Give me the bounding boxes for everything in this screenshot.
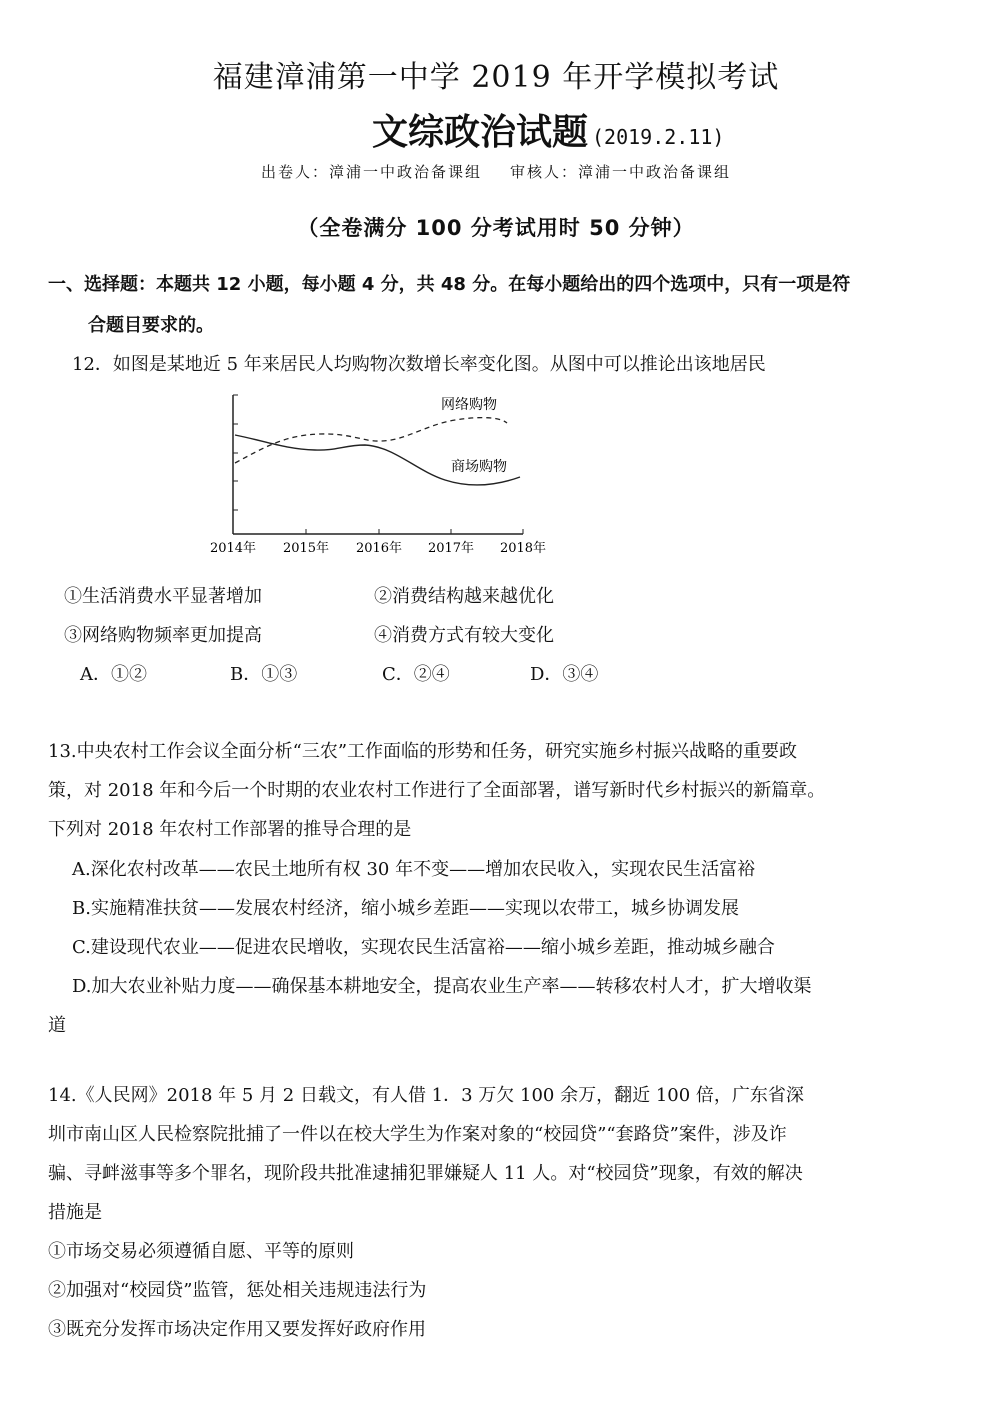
q14-stem-line2: 圳市南山区人民检察院批捕了一件以在校大学生为作案对象的“校园贷”“套路贷”案件，… [48,1120,787,1146]
q13-stem-line3: 下列对 2018 年农村工作部署的推导合理的是 [48,815,411,841]
x-tick-label: 2016年 [356,540,402,556]
section-instruction: 一、选择题：本题共 12 小题，每小题 4 分，共 48 分。在每小题给出的四个… [48,270,850,296]
q14-item-3: ③既充分发挥市场决定作用又要发挥好政府作用 [48,1315,426,1341]
q14-item-2: ②加强对“校园贷”监管，惩处相关违规违法行为 [48,1276,426,1302]
q14-stem-line3: 骗、寻衅滋事等多个罪名，现阶段共批准逮捕犯罪嫌疑人 11 人。对“校园贷”现象，… [48,1159,803,1185]
online-shopping-line [235,418,507,463]
x-tick-label: 2015年 [283,540,329,556]
x-tick-label: 2014年 [210,540,256,556]
school-exam-title: 福建漳浦第一中学 2019 年开学模拟考试 [0,52,992,96]
q12-stem: 12．如图是某地近 5 年来居民人均购物次数增长率变化图。从图中可以推论出该地居… [72,350,766,376]
q13-stem-line2: 策，对 2018 年和今后一个时期的农业农村工作进行了全面部署，谱写新时代乡村振… [48,776,825,802]
line-chart: 网络购物 商场购物 2014年 2015年 2016年 2017年 2018年 [205,385,555,564]
exam-date: (2019.2.11) [592,125,724,149]
q14-item-1: ①市场交易必须遵循自愿、平等的原则 [48,1237,354,1263]
q12-item-3: ③网络购物频率更加提高 [64,621,262,647]
exam-note: （全卷满分 100 分考试用时 50 分钟） [0,212,992,242]
q13-option-b: B.实施精准扶贫——发展农村经济，缩小城乡差距——实现以农带工，城乡协调发展 [72,894,739,920]
q14-stem-line4: 措施是 [48,1198,102,1224]
q13-stem-line1: 13.中央农村工作会议全面分析“三农”工作面临的形势和任务，研究实施乡村振兴战略… [48,737,797,763]
q12-option-d: D．③④ [530,660,598,686]
x-tick-label: 2018年 [500,540,546,556]
reviewer: 审核人：漳浦一中政治备课组 [510,163,731,181]
q13-option-d: D.加大农业补贴力度——确保基本耕地安全，提高农业生产率——转移农村人才，扩大增… [72,972,812,998]
exam-subject-title: 文综政治试题(2019.2.11) [372,104,724,155]
q12-option-a: A．①② [80,660,147,686]
author: 出卷人：漳浦一中政治备课组 [261,163,482,181]
q13-option-c: C.建设现代农业——促进农民增收，实现农民生活富裕——缩小城乡差距，推动城乡融合 [72,933,775,959]
section-instruction-cont: 合题目要求的。 [88,311,214,337]
q13-option-d-cont: 道 [48,1011,66,1037]
q14-stem-line1: 14.《人民网》2018 年 5 月 2 日载文，有人借 1．3 万欠 100 … [48,1081,804,1107]
q13-option-a: A.深化农村改革——农民土地所有权 30 年不变——增加农民收入，实现农民生活富… [72,855,755,881]
author-line: 出卷人：漳浦一中政治备课组审核人：漳浦一中政治备课组 [0,161,992,182]
subject-title-text: 文综政治试题 [372,112,588,153]
x-tick-label: 2017年 [428,540,474,556]
q12-item-4: ④消费方式有较大变化 [374,621,554,647]
q12-item-1: ①生活消费水平显著增加 [64,582,262,608]
q12-item-2: ②消费结构越来越优化 [374,582,554,608]
q12-option-b: B．①③ [230,660,297,686]
series-label-mall: 商场购物 [451,458,507,475]
series-label-online: 网络购物 [441,396,497,413]
q12-option-c: C．②④ [382,660,450,686]
